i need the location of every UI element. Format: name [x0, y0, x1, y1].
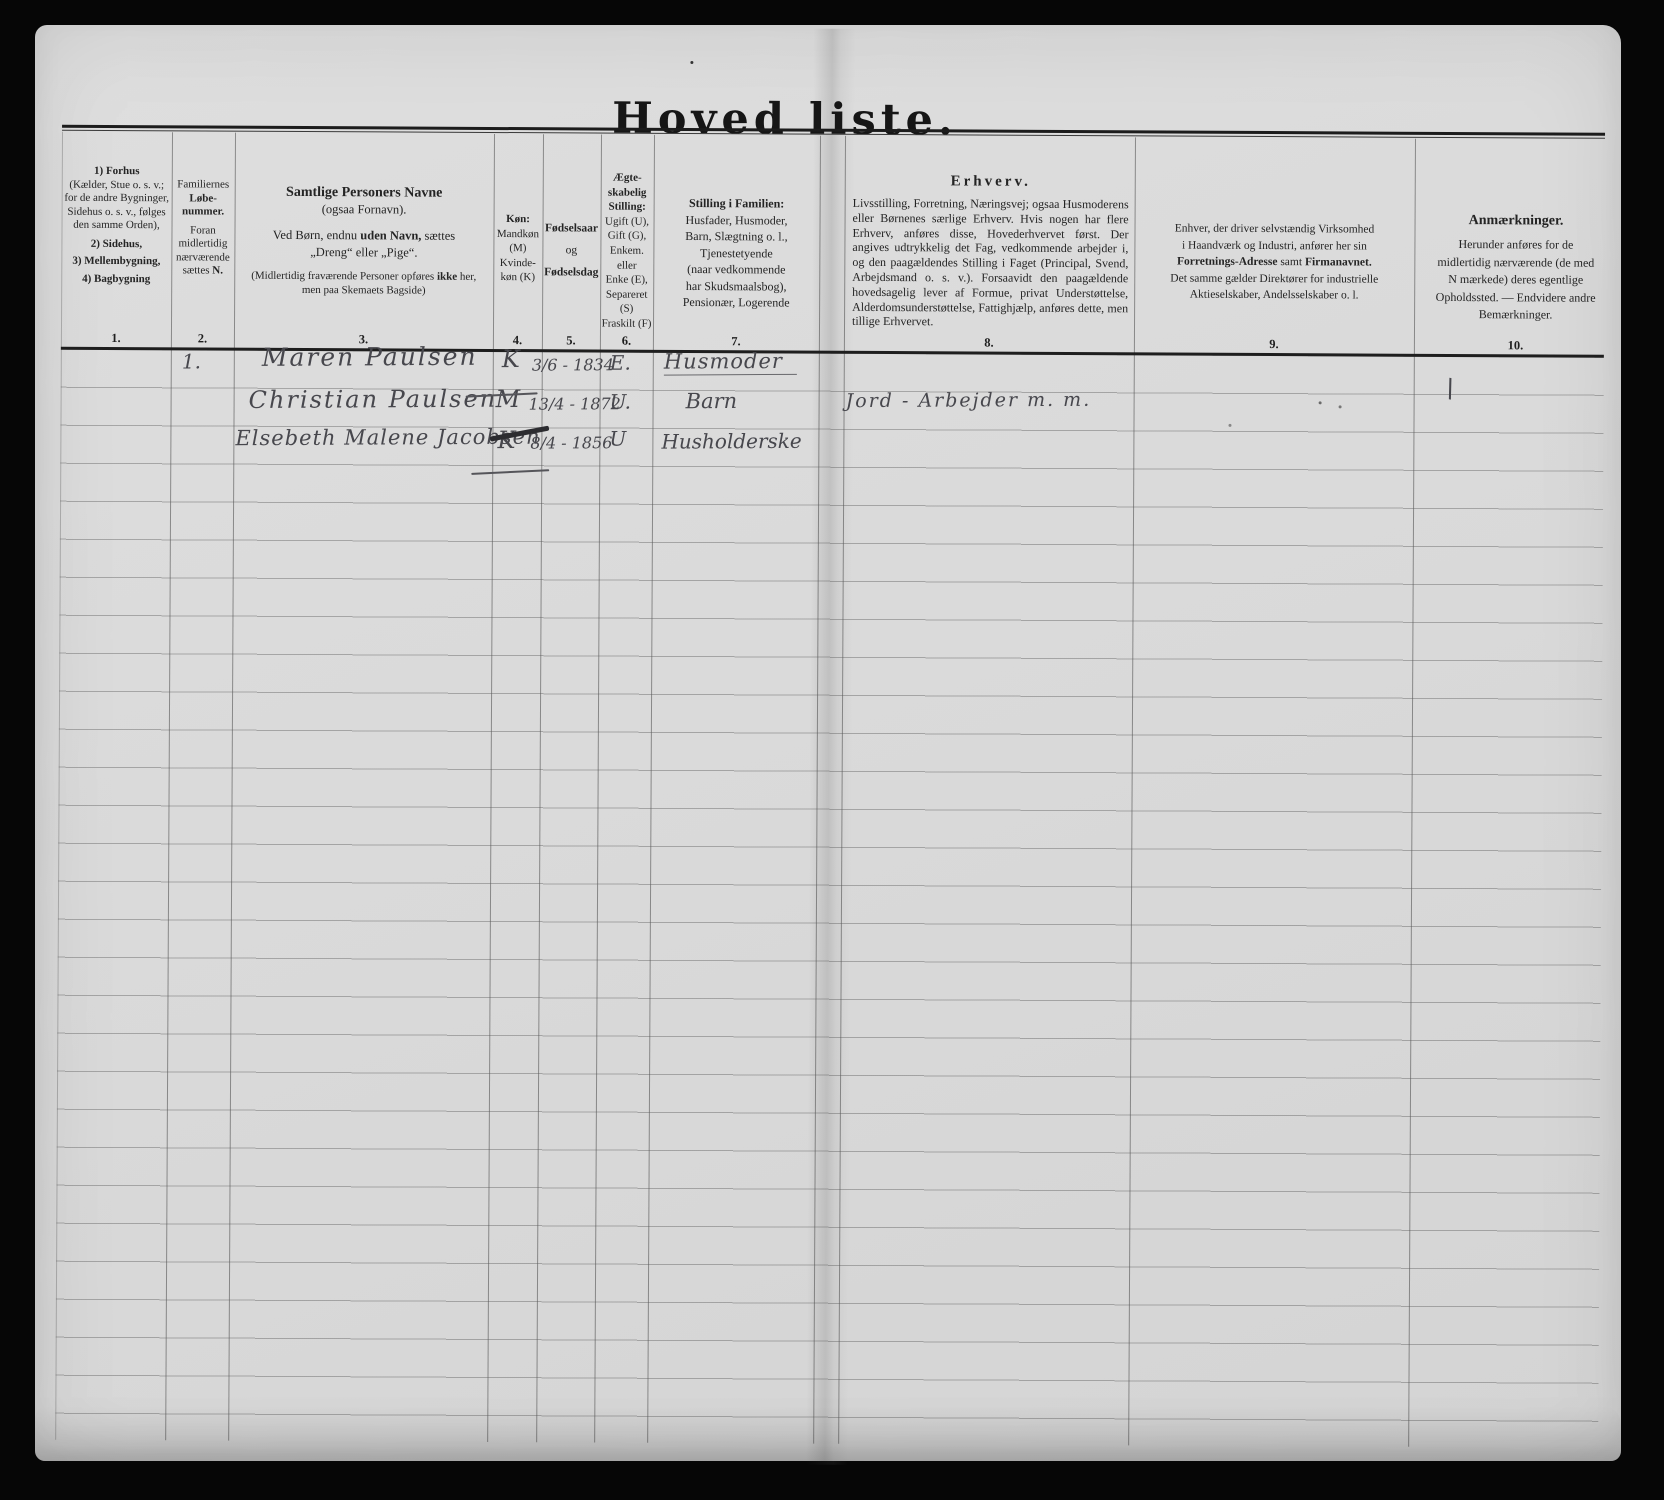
column-number-9: 9. — [1134, 336, 1414, 352]
column-number-1: 1. — [61, 331, 171, 347]
header-line: midlertidig — [171, 237, 234, 251]
header-line-segment: sættes — [183, 264, 213, 276]
header-line: (M) — [493, 241, 542, 256]
header-line: har Skudsmaalsbog), — [653, 277, 819, 294]
entry-3-family-position: Husholderske — [661, 429, 801, 454]
header-line: Fødselsdag — [542, 261, 600, 283]
entry-2-family-position: Barn — [686, 389, 738, 413]
header-line: N mærkede) deres egentlige — [1414, 271, 1617, 290]
header-line: (S) — [600, 302, 653, 317]
entry-2-name: Christian Paulsen — [249, 385, 498, 414]
column-header-family-position: Stilling i Familien: Husfader, Husmoder,… — [653, 195, 820, 311]
header-line: Sidehus o. s. v., følges — [62, 205, 172, 219]
header-line: Separeret — [600, 287, 653, 302]
header-line: i Haandværk og Industri, anfører her sin — [1134, 237, 1414, 255]
header-line: Stilling i Familien: — [654, 195, 820, 212]
header-line-segment: N. — [212, 265, 223, 277]
header-line: den samme Orden), — [61, 219, 171, 233]
header-line: køn (K) — [493, 270, 542, 285]
header-line: skabelig — [601, 185, 654, 200]
header-line: Pensionær, Logerende — [653, 294, 819, 311]
header-title: Erhverv. — [853, 172, 1129, 191]
header-line: „Dreng“ eller „Pige“. — [234, 244, 493, 262]
header-line: Løbe- — [172, 192, 235, 206]
header-line: Forretnings-Adresse samt Firmanavnet. — [1134, 253, 1414, 271]
column-header-buildings: 1) Forhus (Kælder, Stue o. s. v.; for de… — [61, 165, 172, 287]
column-header-marital-status: Ægte- skabelig Stilling: Ugift (U), Gift… — [600, 171, 654, 332]
scan-specks — [690, 61, 693, 64]
header-title: Anmærkninger. — [1415, 212, 1618, 231]
entry-1-name: Maren Paulsen — [262, 342, 478, 372]
header-line: sættes N. — [171, 264, 234, 278]
header-line: Fødselsaar — [542, 217, 600, 239]
header-line-segment: ikke — [437, 271, 457, 283]
header-line-segment: Forretnings-Adresse — [1177, 256, 1278, 269]
header-paragraph: Livsstilling, Forretning, Næringsvej; og… — [852, 196, 1129, 331]
entry-2-marital-status: U. — [610, 390, 632, 414]
header-line: Ugift (U), — [601, 214, 654, 229]
header-line: 4) Bagbygning — [61, 272, 171, 286]
header-line-segment: uden Navn, — [360, 228, 421, 242]
header-line: Familiernes — [172, 178, 235, 192]
entry-3-sex: K — [497, 426, 515, 454]
column-number-8: 8. — [844, 335, 1134, 352]
header-line: (Midlertidig fraværende Personer opføres… — [234, 269, 493, 284]
header-line: nærværende — [171, 251, 234, 265]
column-number-7: 7. — [653, 334, 819, 350]
column-number-10: 10. — [1414, 338, 1617, 354]
header-line: Enhver, der driver selvstændig Virksomhe… — [1134, 220, 1414, 238]
entry-1-birthdate: 3/6 - 1834 — [532, 355, 614, 374]
header-line: Bemærkninger. — [1414, 306, 1617, 325]
column-number-2: 2. — [171, 331, 234, 346]
header-line: Det samme gælder Direktører for industri… — [1134, 270, 1414, 288]
header-line: (naar vedkommende — [653, 261, 819, 278]
header-line-segment: samt — [1277, 256, 1305, 268]
header-line: Tjenestetyende — [653, 244, 819, 261]
header-line: Ægte- — [601, 171, 654, 186]
header-line: Enke (E), — [600, 273, 653, 288]
header-line: (ogsaa Fornavn). — [235, 201, 494, 219]
header-line: Gift (G), — [600, 229, 653, 244]
header-line: Ved Børn, endnu uden Navn, sættes — [234, 227, 493, 245]
census-form-page: Hoved liste. 1) Forhus (Kælder, Stue o. … — [35, 25, 1621, 1461]
header-line: Aktieselskaber, Andelsselskaber o. l. — [1134, 286, 1414, 304]
header-line: Barn, Slægtning o. l., — [653, 228, 819, 245]
entry-2-occupation: Jord - Arbejder m. m. — [846, 389, 1092, 412]
header-line: Opholdssted. — Endvidere andre — [1414, 288, 1617, 307]
header-line: Kvinde- — [493, 255, 542, 270]
header-line: Husfader, Husmoder, — [654, 211, 820, 228]
header-line-segment: Ved Børn, endnu — [273, 228, 361, 242]
entry-1-family-number: 1. — [182, 349, 201, 373]
column-header-family-number: Familiernes Løbe- nummer. Foran midlerti… — [171, 178, 235, 278]
header-line: midlertidig nærværende (de med — [1414, 253, 1617, 272]
entry-2-birthdate: 13/4 - 1872 — [529, 394, 621, 413]
header-line: nummer. — [172, 205, 235, 219]
entry-1-family-position: Husmoder — [664, 349, 797, 376]
header-line-segment: her, — [457, 271, 476, 283]
header-line: (Kælder, Stue o. s. v.; — [62, 178, 172, 192]
page-title: Hoved liste. — [575, 93, 995, 145]
header-line: for de andre Bygninger, — [62, 192, 172, 206]
header-line: Herunder anføres for de — [1414, 236, 1617, 255]
column-header-occupation: Erhverv. Livsstilling, Forretning, Nærin… — [852, 172, 1129, 331]
entry-3-birthdate: 8/4 - 1856 — [530, 433, 612, 452]
header-line: Fraskilt (F) — [600, 316, 653, 331]
column-header-remarks: Anmærkninger. Herunder anføres for de mi… — [1414, 212, 1618, 325]
header-line: 2) Sidehus, — [61, 237, 171, 251]
header-line: Stilling: — [601, 200, 654, 215]
entry-1-sex: K — [502, 345, 520, 373]
column-number-5: 5. — [542, 333, 600, 348]
header-line: Mandkøn — [493, 226, 542, 241]
entry-1-marital-status: E. — [610, 351, 631, 375]
column-number-6: 6. — [600, 334, 653, 349]
column-header-names: Samtlige Personers Navne (ogsaa Fornavn)… — [234, 184, 494, 298]
header-title: Samtlige Personers Navne — [235, 184, 494, 202]
entry-2-sex: M — [496, 385, 521, 413]
column-header-business-address: Enhver, der driver selvstændig Virksomhe… — [1134, 220, 1414, 304]
header-line: og — [542, 239, 600, 261]
header-line: Foran — [171, 224, 234, 238]
column-header-birthdate: Fødselsaar og Fødselsdag — [542, 217, 600, 283]
header-line: Enkem. eller — [600, 244, 653, 273]
header-line: 1) Forhus — [62, 165, 172, 179]
header-line: men paa Skemaets Bagside) — [234, 283, 493, 298]
header-line-segment: sættes — [421, 229, 455, 243]
column-header-sex: Køn: Mandkøn (M) Kvinde- køn (K) — [493, 212, 542, 285]
header-line-segment: (Midlertidig fraværende Personer opføres — [251, 270, 437, 283]
header-line: Køn: — [494, 212, 543, 227]
header-line-segment: Firmanavnet. — [1305, 256, 1372, 268]
entry-3-marital-status: U — [609, 427, 626, 451]
page-content: Hoved liste. 1) Forhus (Kælder, Stue o. … — [28, 25, 1621, 1469]
table-row-lines — [55, 350, 1604, 1449]
header-line: 3) Mellembygning, — [61, 255, 171, 269]
